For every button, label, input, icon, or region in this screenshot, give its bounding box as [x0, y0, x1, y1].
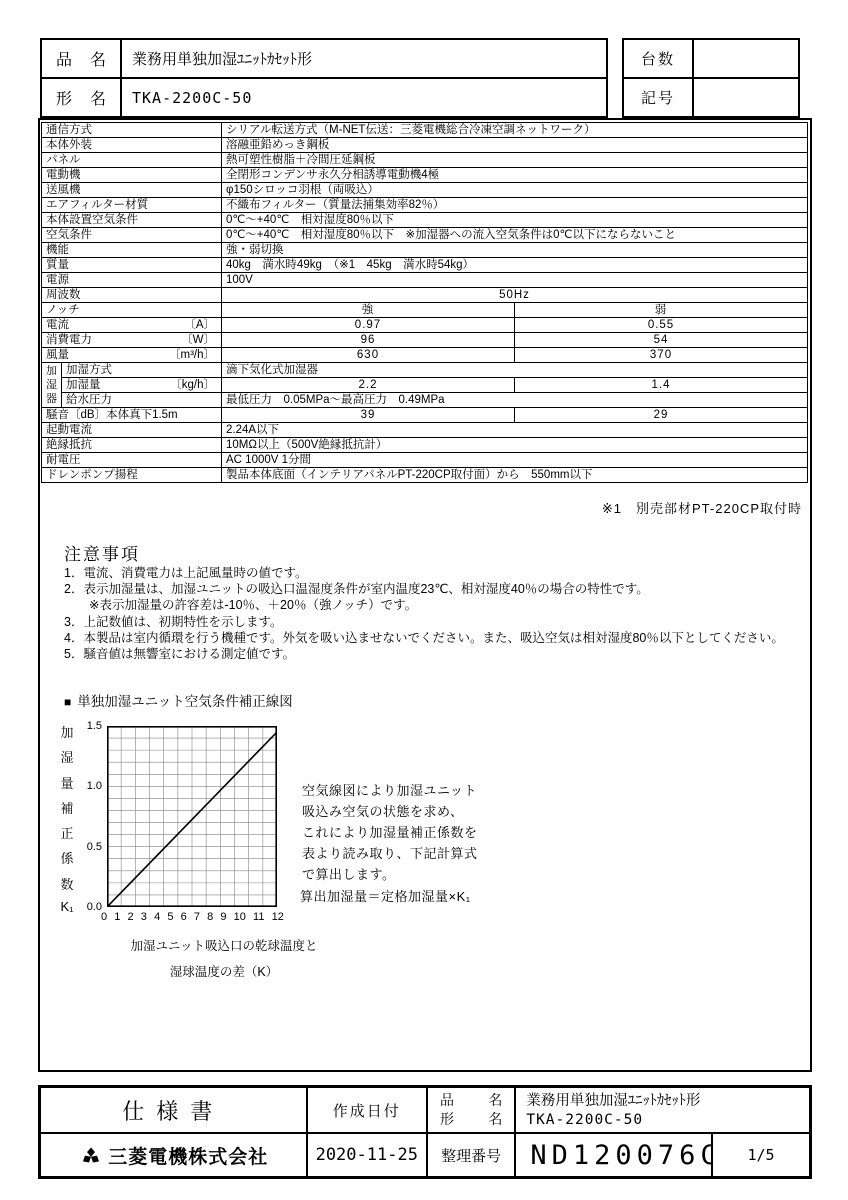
note-item: 4．本製品は室内循環を行う機種です。外気を吸い込ませないでください。また、吸込空… [64, 630, 784, 646]
x-axis-ticks: 0123456789101112 [101, 911, 284, 923]
table-row: パネル 熱可塑性樹脂＋冷間圧延鋼板 [42, 153, 808, 168]
spec-group-humidifier: 加湿器 [42, 363, 62, 408]
y-axis-ticks: 1.5 1.0 0.5 0.0 [72, 720, 102, 913]
spec-sheet-page: 品 名 業務用単独加湿ﾕﾆｯﾄｶｾｯﾄ形 形 名 TKA-2200C-50 台数… [0, 0, 848, 1200]
note-item: 1．電流、消費電力は上記風量時の値です。 [64, 565, 784, 581]
spec-value-weak: 370 [515, 348, 808, 363]
spec-value-strong: 2.2 [222, 378, 515, 393]
header-units-table: 台数 記号 [622, 38, 800, 118]
spec-value-strong: 630 [222, 348, 515, 363]
spec-label: 絶縁抵抗 [42, 438, 222, 453]
product-name-value: 業務用単独加湿ﾕﾆｯﾄｶｾｯﾄ形 [121, 39, 607, 78]
spec-value-weak: 1.4 [515, 378, 808, 393]
spec-label: 機能 [42, 243, 222, 258]
company-name: 三菱電機株式会社 [108, 1142, 268, 1169]
units-value [693, 39, 799, 78]
spec-label: 加湿量〔kg/h〕 [62, 378, 222, 393]
table-row: 電流〔A〕 0.97 0.55 [42, 318, 808, 333]
spec-value: 100V [222, 273, 808, 288]
footnote-optional-panel: ※1 別売部材PT-220CP取付時 [602, 498, 802, 517]
header-product-row: 品 名 業務用単独加湿ﾕﾆｯﾄｶｾｯﾄ形 [41, 39, 607, 78]
spec-value: 10MΩ以上（500V絶縁抵抗計） [222, 438, 808, 453]
spec-value: 製品本体底面（インテリアパネルPT-220CP取付面）から 550mm以下 [222, 468, 808, 483]
page-number: 1/5 [712, 1133, 810, 1178]
table-row: ノッチ 強 弱 [42, 303, 808, 318]
date-label: 作成日付 [307, 1087, 427, 1134]
spec-label: 質量 [42, 258, 222, 273]
header-model-row: 形 名 TKA-2200C-50 [41, 78, 607, 117]
spec-label: パネル [42, 153, 222, 168]
note-item: 5．騒音値は無響室における測定値です。 [64, 646, 784, 662]
table-row: 絶縁抵抗 10MΩ以上（500V絶縁抵抗計） [42, 438, 808, 453]
spec-value-weak: 0.55 [515, 318, 808, 333]
spec-label: 電流〔A〕 [42, 318, 222, 333]
model-name-value: TKA-2200C-50 [121, 78, 607, 117]
spec-label: 通信方式 [42, 123, 222, 138]
table-row: 加湿器 加湿方式 滴下気化式加湿器 [42, 363, 808, 378]
spec-label: 騒音〔dB〕本体真下1.5m [42, 408, 222, 423]
spec-label: ドレンポンプ揚程 [42, 468, 222, 483]
content-frame: 通信方式 シリアル転送方式（M-NET伝送：三菱電機総合冷凍空調ネットワーク） … [38, 118, 812, 1072]
spec-label: 本体設置空気条件 [42, 213, 222, 228]
spec-value: 0℃～+40℃ 相対湿度80％以下 [222, 213, 808, 228]
spec-value: 溶融亜鉛めっき鋼板 [222, 138, 808, 153]
chart-description: 空気線図により加湿ユニット 吸込み空気の状態を求め、 これにより加湿量補正係数を… [302, 780, 478, 885]
spec-value-weak: 弱 [515, 303, 808, 318]
document-type-title: 仕様書 [40, 1087, 307, 1134]
note-item: ※表示加湿量の許容差は-10％、＋20％（強ノッチ）です。 [64, 597, 784, 613]
spec-label: 電源 [42, 273, 222, 288]
creation-date: 2020-11-25 [307, 1133, 427, 1178]
reference-number-label: 整理番号 [427, 1133, 515, 1178]
spec-label: 周波数 [42, 288, 222, 303]
table-row: 給水圧力 最低圧力 0.05MPa～最高圧力 0.49MPa [42, 393, 808, 408]
table-row: 電動機 全閉形コンデンサ永久分相誘導電動機4極 [42, 168, 808, 183]
symbol-value [693, 78, 799, 117]
x-axis-caption-line2: 湿球温度の差（K） [84, 962, 364, 980]
footer-product-name: 業務用単独加湿ﾕﾆｯﾄｶｾｯﾄ形 [526, 1091, 808, 1111]
table-row: エアフィルター材質 不織布フィルター（質量法捕集効率82％） [42, 198, 808, 213]
spec-value-strong: 0.97 [222, 318, 515, 333]
header-product-table: 品 名 業務用単独加湿ﾕﾆｯﾄｶｾｯﾄ形 形 名 TKA-2200C-50 [40, 38, 608, 118]
table-row: 消費電力〔W〕 96 54 [42, 333, 808, 348]
table-row: 空気条件 0℃～+40℃ 相対湿度80％以下 ※加湿器への流入空気条件は0℃以下… [42, 228, 808, 243]
model-label-left: 形 [56, 86, 72, 109]
specification-table: 通信方式 シリアル転送方式（M-NET伝送：三菱電機総合冷凍空調ネットワーク） … [41, 122, 808, 483]
table-row: 風量〔m³/h〕 630 370 [42, 348, 808, 363]
footer-title-block: 仕様書 作成日付 品名 形名 業務用単独加湿ﾕﾆｯﾄｶｾｯﾄ形 TKA-2200… [38, 1085, 812, 1179]
spec-value: 40kg 満水時49kg （※1 45kg 満水時54kg） [222, 258, 808, 273]
spec-label: ノッチ [42, 303, 222, 318]
spec-value: 0℃～+40℃ 相対湿度80％以下 ※加湿器への流入空気条件は0℃以下にならない… [222, 228, 808, 243]
chart-plot-area [107, 726, 277, 907]
table-row: 周波数 50Hz [42, 288, 808, 303]
square-bullet-icon: ■ [64, 695, 71, 709]
reference-number-value: ND120076C [515, 1133, 712, 1178]
calculation-formula: 算出加湿量＝定格加湿量×K₁ [300, 886, 471, 905]
spec-label: 電動機 [42, 168, 222, 183]
footer-model-name: TKA-2200C-50 [526, 1111, 808, 1130]
spec-label: 給水圧力 [62, 393, 222, 408]
x-axis-caption-line1: 加湿ユニット吸込口の乾球温度と [84, 936, 364, 954]
spec-value-strong: 39 [222, 408, 515, 423]
spec-value: φ150シロッコ羽根（両吸込） [222, 183, 808, 198]
units-label: 台数 [623, 39, 693, 78]
note-item: 3．上記数値は、初期特性を示します。 [64, 614, 784, 630]
table-row: 質量 40kg 満水時49kg （※1 45kg 満水時54kg） [42, 258, 808, 273]
spec-label: 起動電流 [42, 423, 222, 438]
table-row: 送風機 φ150シロッコ羽根（両吸込） [42, 183, 808, 198]
model-label-right: 名 [90, 86, 106, 109]
footer-name-values: 業務用単独加湿ﾕﾆｯﾄｶｾｯﾄ形 TKA-2200C-50 [515, 1087, 810, 1134]
table-row: 騒音〔dB〕本体真下1.5m 39 29 [42, 408, 808, 423]
footer-name-labels: 品名 形名 [427, 1087, 515, 1134]
note-item: 2．表示加湿量は、加湿ユニットの吸込口温湿度条件が室内温度23℃、相対湿度40％… [64, 581, 784, 597]
spec-value-weak: 54 [515, 333, 808, 348]
spec-value: 50Hz [222, 288, 808, 303]
spec-value: 全閉形コンデンサ永久分相誘導電動機4極 [222, 168, 808, 183]
table-row: ドレンポンプ揚程 製品本体底面（インテリアパネルPT-220CP取付面）から 5… [42, 468, 808, 483]
spec-label: 消費電力〔W〕 [42, 333, 222, 348]
mitsubishi-logo-icon [78, 1146, 104, 1164]
notes-list: 1．電流、消費電力は上記風量時の値です。 2．表示加湿量は、加湿ユニットの吸込口… [64, 565, 784, 662]
product-label-right: 名 [90, 47, 106, 70]
notes-title: 注意事項 [64, 540, 140, 565]
spec-label: 本体外装 [42, 138, 222, 153]
model-name-label-cell: 形 名 [41, 78, 121, 117]
product-name-label-cell: 品 名 [41, 39, 121, 78]
chart-section-title: ■単独加湿ユニット空気条件補正線図 [64, 690, 293, 710]
table-row: 通信方式 シリアル転送方式（M-NET伝送：三菱電機総合冷凍空調ネットワーク） [42, 123, 808, 138]
spec-value: 最低圧力 0.05MPa～最高圧力 0.49MPa [222, 393, 808, 408]
spec-label: 送風機 [42, 183, 222, 198]
table-row: 本体設置空気条件 0℃～+40℃ 相対湿度80％以下 [42, 213, 808, 228]
company-cell: 三菱電機株式会社 [40, 1133, 307, 1178]
spec-value: 強・弱切換 [222, 243, 808, 258]
table-row: 起動電流 2.24A以下 [42, 423, 808, 438]
spec-value: AC 1000V 1分間 [222, 453, 808, 468]
table-row: 加湿量〔kg/h〕 2.2 1.4 [42, 378, 808, 393]
spec-value: 熱可塑性樹脂＋冷間圧延鋼板 [222, 153, 808, 168]
product-label-left: 品 [56, 47, 72, 70]
table-row: 耐電圧 AC 1000V 1分間 [42, 453, 808, 468]
spec-label: 耐電圧 [42, 453, 222, 468]
spec-value-weak: 29 [515, 408, 808, 423]
spec-value: 2.24A以下 [222, 423, 808, 438]
spec-label: 加湿方式 [62, 363, 222, 378]
spec-label: 空気条件 [42, 228, 222, 243]
spec-value: シリアル転送方式（M-NET伝送：三菱電機総合冷凍空調ネットワーク） [222, 123, 808, 138]
symbol-label: 記号 [623, 78, 693, 117]
table-row: 電源 100V [42, 273, 808, 288]
spec-value: 滴下気化式加湿器 [222, 363, 808, 378]
table-row: 本体外装 溶融亜鉛めっき鋼板 [42, 138, 808, 153]
spec-value: 不織布フィルター（質量法捕集効率82％） [222, 198, 808, 213]
spec-label: エアフィルター材質 [42, 198, 222, 213]
table-row: 機能 強・弱切換 [42, 243, 808, 258]
spec-label: 風量〔m³/h〕 [42, 348, 222, 363]
spec-value-strong: 強 [222, 303, 515, 318]
spec-value-strong: 96 [222, 333, 515, 348]
